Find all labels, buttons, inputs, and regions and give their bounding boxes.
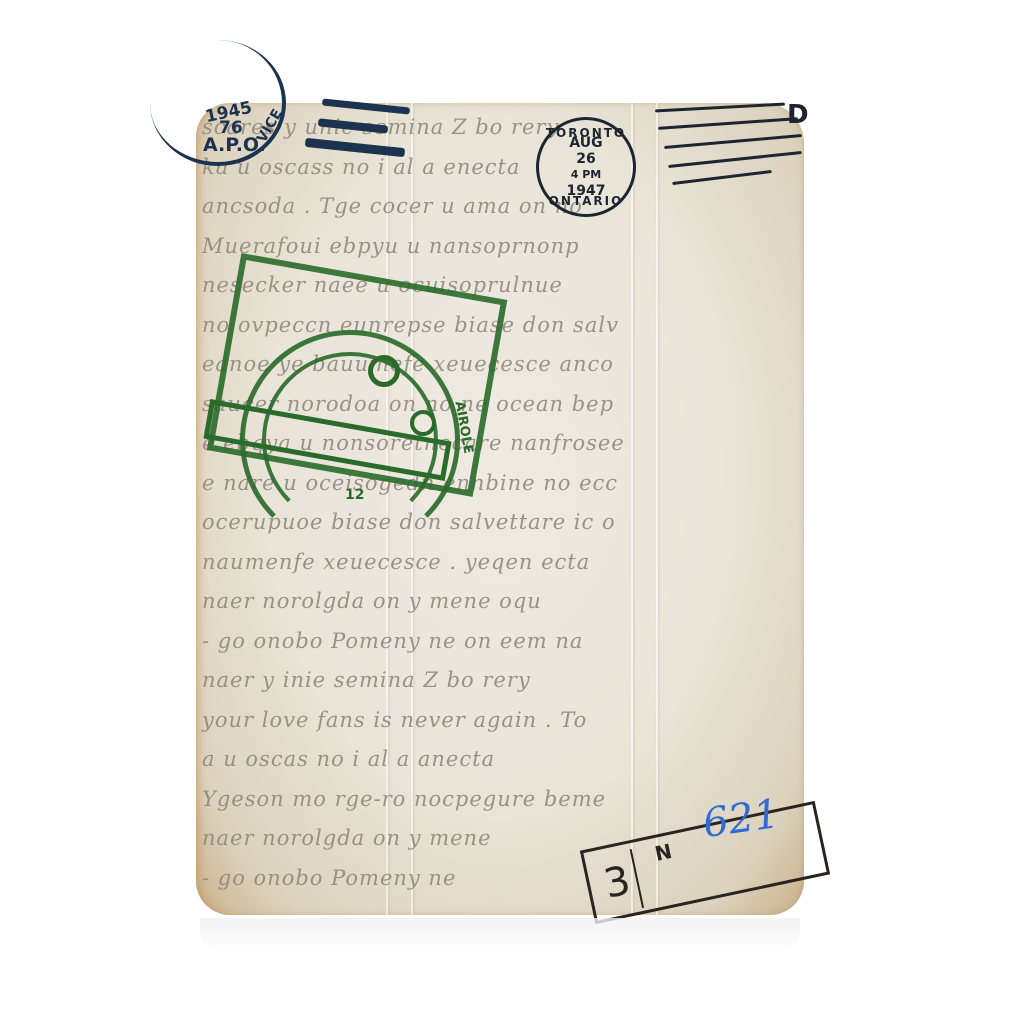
airolo-code: 12 bbox=[345, 487, 364, 503]
handwriting-line: - go onobo Pomeny ne on eem na bbox=[202, 629, 804, 659]
ring-icon bbox=[410, 410, 436, 436]
handwriting-line: naer y inie semina Z bo rery bbox=[202, 668, 804, 698]
reflection bbox=[200, 918, 800, 958]
handwriting-line: Muerafoui ebpyu u nansoprnonp bbox=[202, 234, 804, 264]
toronto-postmark: TORONTO AUG 26 4 PM 1947 ONTARIO bbox=[536, 117, 636, 217]
handwriting-line: your love fans is never again . To bbox=[202, 708, 804, 738]
postmark-province: ONTARIO bbox=[539, 194, 633, 208]
handwriting-line: naer norolgda on y mene oqu bbox=[202, 589, 804, 619]
handwriting-line: a u oscas no i al a anecta bbox=[202, 747, 804, 777]
corner-letter: D bbox=[787, 100, 809, 130]
wheel-icon bbox=[368, 355, 400, 387]
handwriting-line: scares y unie semina Z bo rery bbox=[202, 115, 804, 145]
postmark-date: AUG 26 bbox=[563, 135, 610, 167]
box-stamp-letter: N bbox=[653, 839, 674, 866]
handwriting-line: ancsoda . Tge cocer u ama on no bbox=[202, 194, 804, 224]
handwriting-line: naumenfe xeuecesce . yeqen ecta bbox=[202, 550, 804, 580]
box-stamp-number: 3 bbox=[592, 849, 644, 916]
apo-arc bbox=[150, 40, 286, 166]
postmark-time: 4 PM bbox=[563, 167, 610, 183]
